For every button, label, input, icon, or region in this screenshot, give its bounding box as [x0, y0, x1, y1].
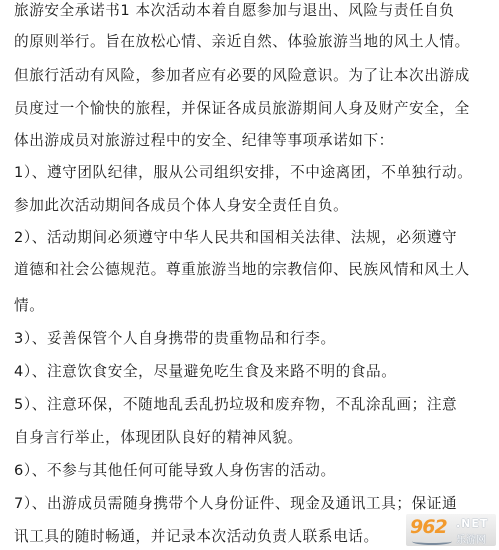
watermark-domain: .NET — [456, 517, 488, 530]
text-line: 但旅行活动有风险，参加者应有必要的风险意识。为了让本次出游成 — [14, 66, 470, 86]
text-line: 7）、出游成员需随身携带个人身份证件、现金及通讯工具；保证通 — [14, 494, 457, 514]
text-line: 员度过一个愉快的旅程，并保证各成员旅游期间人身及财产安全，全 — [14, 99, 470, 119]
text-line: 2）、活动期间必须遵守中华人民共和国相关法律、法规，必须遵守 — [14, 228, 457, 248]
swoosh-icon — [412, 538, 452, 545]
text-line: 情。 — [14, 296, 44, 316]
watermark-logo: 962 .NET 乐游网 — [406, 514, 496, 546]
text-line: 6）、不参与其他任何可能导致人身伤害的活动。 — [14, 461, 336, 481]
text-line: 4）、注意饮食安全，尽量避免吃生食及来路不明的食品。 — [14, 362, 396, 382]
text-line: 体出游成员对旅游过程中的安全、纪律等事项承诺如下： — [14, 131, 394, 151]
watermark-number: 962 — [410, 516, 447, 538]
text-line: 道德和社会公德规范。尊重旅游当地的宗教信仰、民族风情和风土人 — [14, 260, 470, 280]
text-line: 3）、妥善保管个人自身携带的贵重物品和行李。 — [14, 329, 336, 349]
text-line: 讯工具的随时畅通，并记录本次活动负责人联系电话。 — [14, 527, 379, 547]
text-line: 5）、注意环保，不随地乱丢乱扔垃圾和废弃物，不乱涂乱画；注意 — [14, 395, 457, 415]
text-line: 的原则举行。旨在放松心情、亲近自然、体验旅游当地的风土人情。 — [14, 32, 470, 52]
text-line: 参加此次活动期间各成员个体人身安全责任自负。 — [14, 196, 348, 216]
text-line: 旅游安全承诺书1 本次活动本着自愿参加与退出、风险与责任自负 — [14, 1, 455, 21]
text-line: 1）、遵守团队纪律，服从公司组织安排，不中途离团，不单独行动。 — [14, 163, 472, 183]
text-line: 自身言行举止，体现团队良好的精神风貌。 — [14, 428, 303, 448]
watermark-subtitle: 乐游网 — [456, 531, 486, 546]
